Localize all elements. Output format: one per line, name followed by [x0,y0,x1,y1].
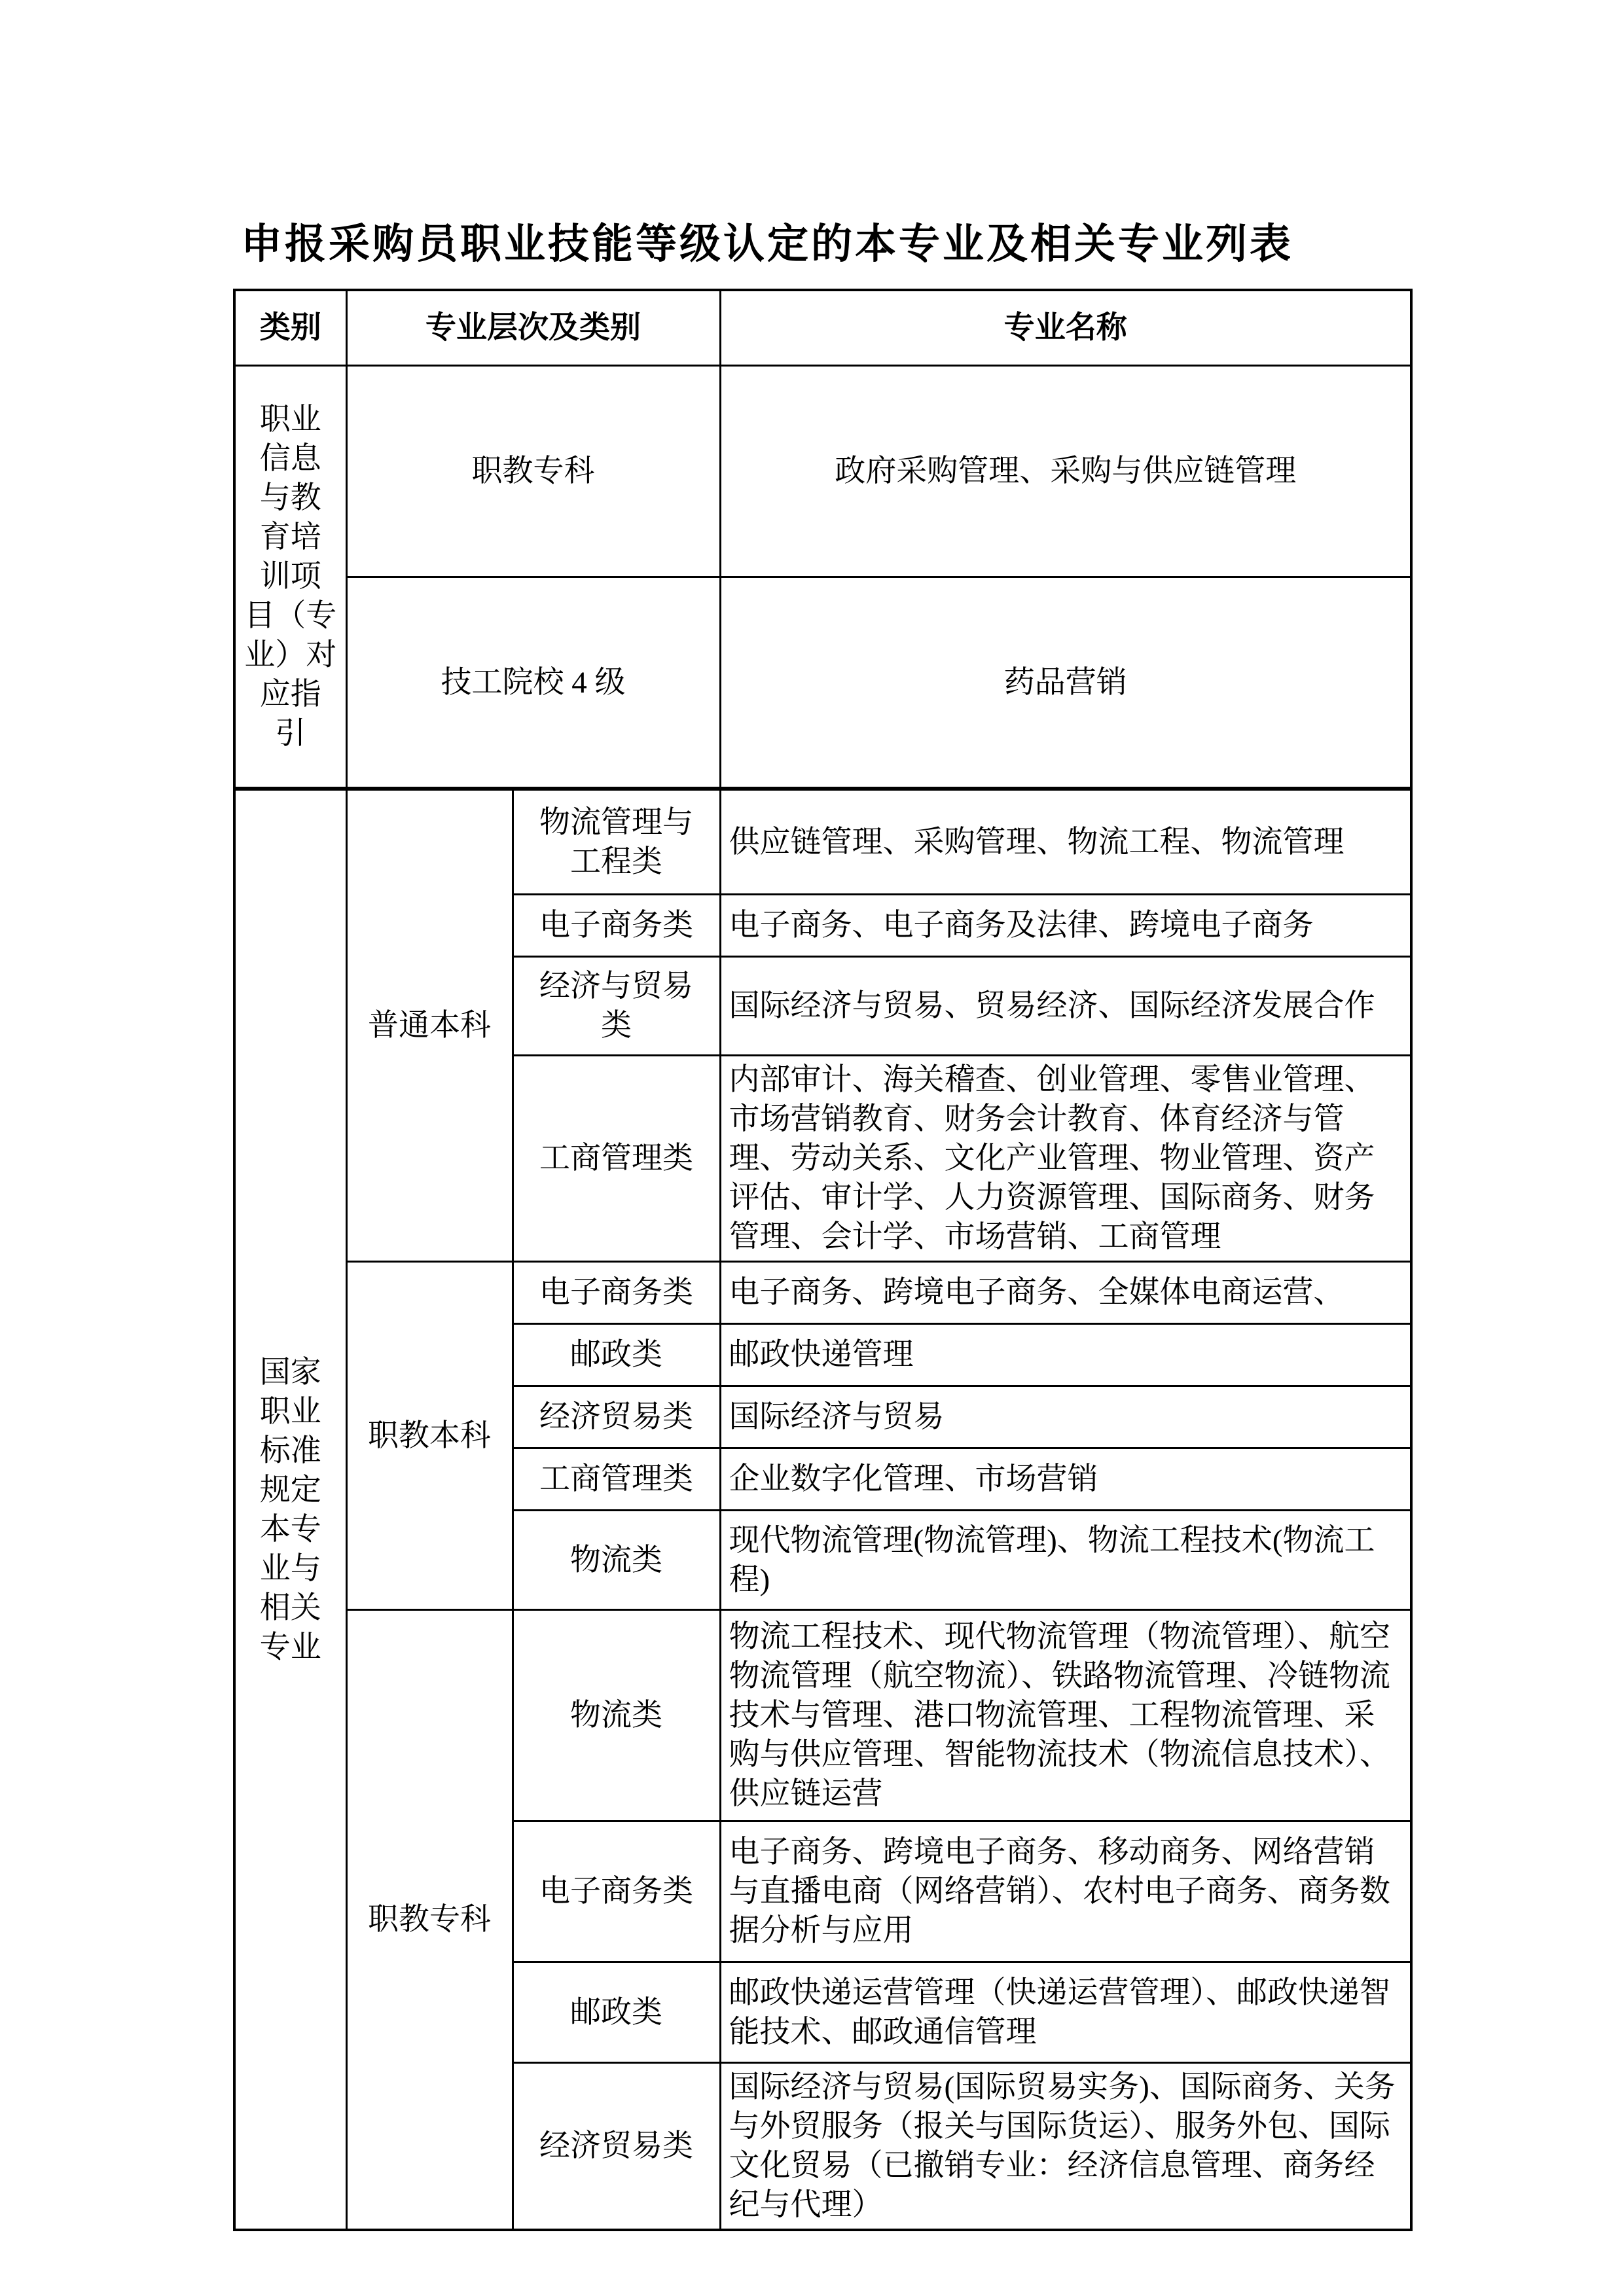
header-category: 类别 [234,290,346,366]
table-row: 职业 信息 与教 育培 训项 目（专 业）对 应指 引 职教专科 政府采购管理、… [234,366,1411,577]
class-cell: 电子商务类 [513,1262,720,1324]
table-header-row: 类别 专业层次及类别 专业名称 [234,290,1411,366]
group-level-cell-vocational-college: 职教专科 [346,1610,513,2231]
majors-cell: 供应链管理、采购管理、物流工程、物流管理 [720,789,1411,895]
class-cell: 经济与贸易 类 [513,957,720,1056]
majors-cell: 国际经济与贸易、贸易经济、国际经济发展合作 [720,957,1411,1056]
group-level-cell-vocational-bachelor: 职教本科 [346,1262,513,1610]
majors-cell: 现代物流管理(物流管理)、物流工程技术(物流工程) [720,1511,1411,1610]
majors-cell: 邮政快递运营管理（快递运营管理）、邮政快递智能技术、邮政通信管理 [720,1962,1411,2063]
section1-category-cell: 职业 信息 与教 育培 训项 目（专 业）对 应指 引 [234,366,346,789]
section1-majors-cell: 政府采购管理、采购与供应链管理 [720,366,1411,577]
majors-cell: 国际经济与贸易 [720,1386,1411,1448]
majors-cell: 电子商务、跨境电子商务、移动商务、网络营销与直播电商（网络营销）、农村电子商务、… [720,1821,1411,1962]
class-cell: 工商管理类 [513,1056,720,1262]
majors-table-container: 类别 专业层次及类别 专业名称 职业 信息 与教 育培 训项 目（专 业）对 应… [233,289,1413,2231]
class-cell: 物流管理与 工程类 [513,789,720,895]
majors-cell: 物流工程技术、现代物流管理（物流管理）、航空物流管理（航空物流）、铁路物流管理、… [720,1610,1411,1821]
class-cell: 物流类 [513,1511,720,1610]
majors-cell: 电子商务、电子商务及法律、跨境电子商务 [720,895,1411,957]
section1-level-cell: 技工院校 4 级 [346,577,720,789]
majors-cell: 邮政快递管理 [720,1324,1411,1386]
class-cell: 邮政类 [513,1962,720,2063]
class-cell: 工商管理类 [513,1448,720,1511]
table-row: 职教专科 物流类 物流工程技术、现代物流管理（物流管理）、航空物流管理（航空物流… [234,1610,1411,1821]
table-row: 技工院校 4 级 药品营销 [234,577,1411,789]
group-level-cell-regular-bachelor: 普通本科 [346,789,513,1262]
class-cell: 电子商务类 [513,895,720,957]
class-cell: 经济贸易类 [513,2063,720,2231]
section1-level-cell: 职教专科 [346,366,720,577]
class-cell: 经济贸易类 [513,1386,720,1448]
class-cell: 邮政类 [513,1324,720,1386]
document-page: 申报采购员职业技能等级认定的本专业及相关专业列表 类别 专业层次及类别 专业名称… [0,0,1624,2296]
class-cell: 物流类 [513,1610,720,1821]
class-cell: 电子商务类 [513,1821,720,1962]
majors-cell: 电子商务、跨境电子商务、全媒体电商运营、 [720,1262,1411,1324]
table-row: 国家 职业 标准 规定 本专 业与 相关 专业 普通本科 物流管理与 工程类 供… [234,789,1411,895]
table-row: 职教本科 电子商务类 电子商务、跨境电子商务、全媒体电商运营、 [234,1262,1411,1324]
page-title: 申报采购员职业技能等级认定的本专业及相关专业列表 [241,211,1293,270]
majors-cell: 企业数字化管理、市场营销 [720,1448,1411,1511]
section1-majors-cell: 药品营销 [720,577,1411,789]
majors-table: 类别 专业层次及类别 专业名称 职业 信息 与教 育培 训项 目（专 业）对 应… [233,289,1413,2231]
header-major: 专业名称 [720,290,1411,366]
section2-category-cell: 国家 职业 标准 规定 本专 业与 相关 专业 [234,789,346,2230]
header-level: 专业层次及类别 [346,290,720,366]
majors-cell: 内部审计、海关稽查、创业管理、零售业管理、市场营销教育、财务会计教育、体育经济与… [720,1056,1411,1262]
majors-cell: 国际经济与贸易(国际贸易实务)、国际商务、关务与外贸服务（报关与国际货运）、服务… [720,2063,1411,2231]
